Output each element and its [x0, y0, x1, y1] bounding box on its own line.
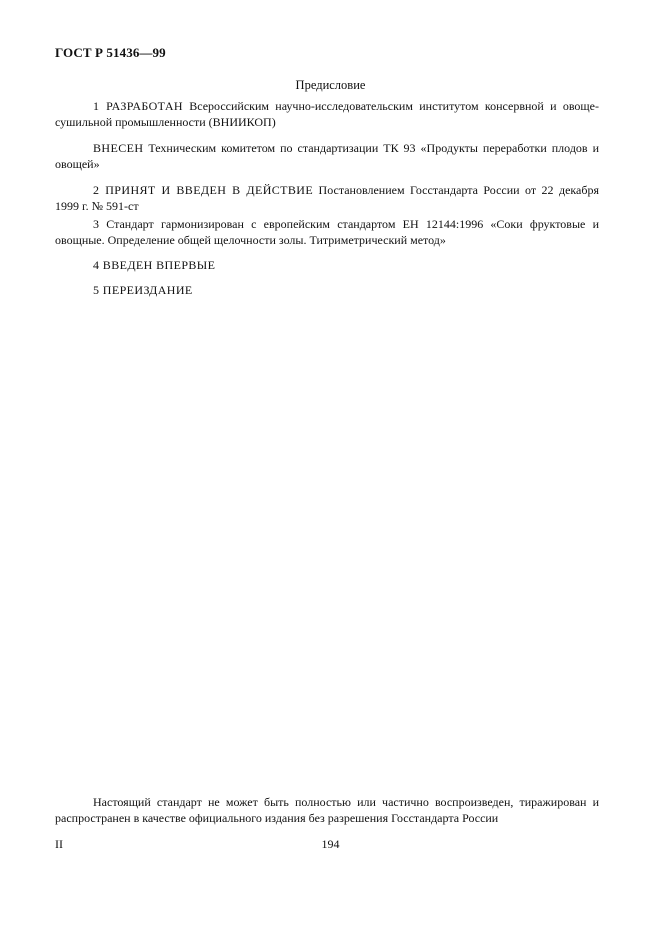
page-title: Предисловие — [0, 78, 661, 93]
page-number: 194 — [0, 837, 661, 852]
paragraph-developed: 1 РАЗРАБОТАН Всероссийским научно-исслед… — [55, 98, 599, 130]
copyright-notice: Настоящий стандарт не может быть полност… — [55, 794, 599, 826]
standard-code: ГОСТ Р 51436—99 — [55, 45, 166, 61]
paragraph-lead: 4 ВВЕДЕН ВПЕРВЫЕ — [93, 258, 215, 272]
paragraph-lead: ВНЕСЕН — [93, 141, 143, 155]
paragraph-lead: 5 ПЕРЕИЗДАНИЕ — [93, 283, 193, 297]
paragraph-first-introduced: 4 ВВЕДЕН ВПЕРВЫЕ — [55, 257, 599, 273]
paragraph-text: 3 Стандарт гармонизирован с европейским … — [55, 217, 599, 247]
paragraph-adopted: 2 ПРИНЯТ И ВВЕДЕН В ДЕЙСТВИЕ Постановлен… — [55, 182, 599, 214]
paragraph-reissue: 5 ПЕРЕИЗДАНИЕ — [55, 282, 599, 298]
paragraph-lead: 1 РАЗРАБОТАН — [93, 99, 183, 113]
paragraph-lead: 2 ПРИНЯТ И ВВЕДЕН В ДЕЙСТВИЕ — [93, 183, 313, 197]
paragraph-submitted: ВНЕСЕН Техническим комитетом по стандарт… — [55, 140, 599, 172]
paragraph-harmonized: 3 Стандарт гармонизирован с европейским … — [55, 216, 599, 248]
